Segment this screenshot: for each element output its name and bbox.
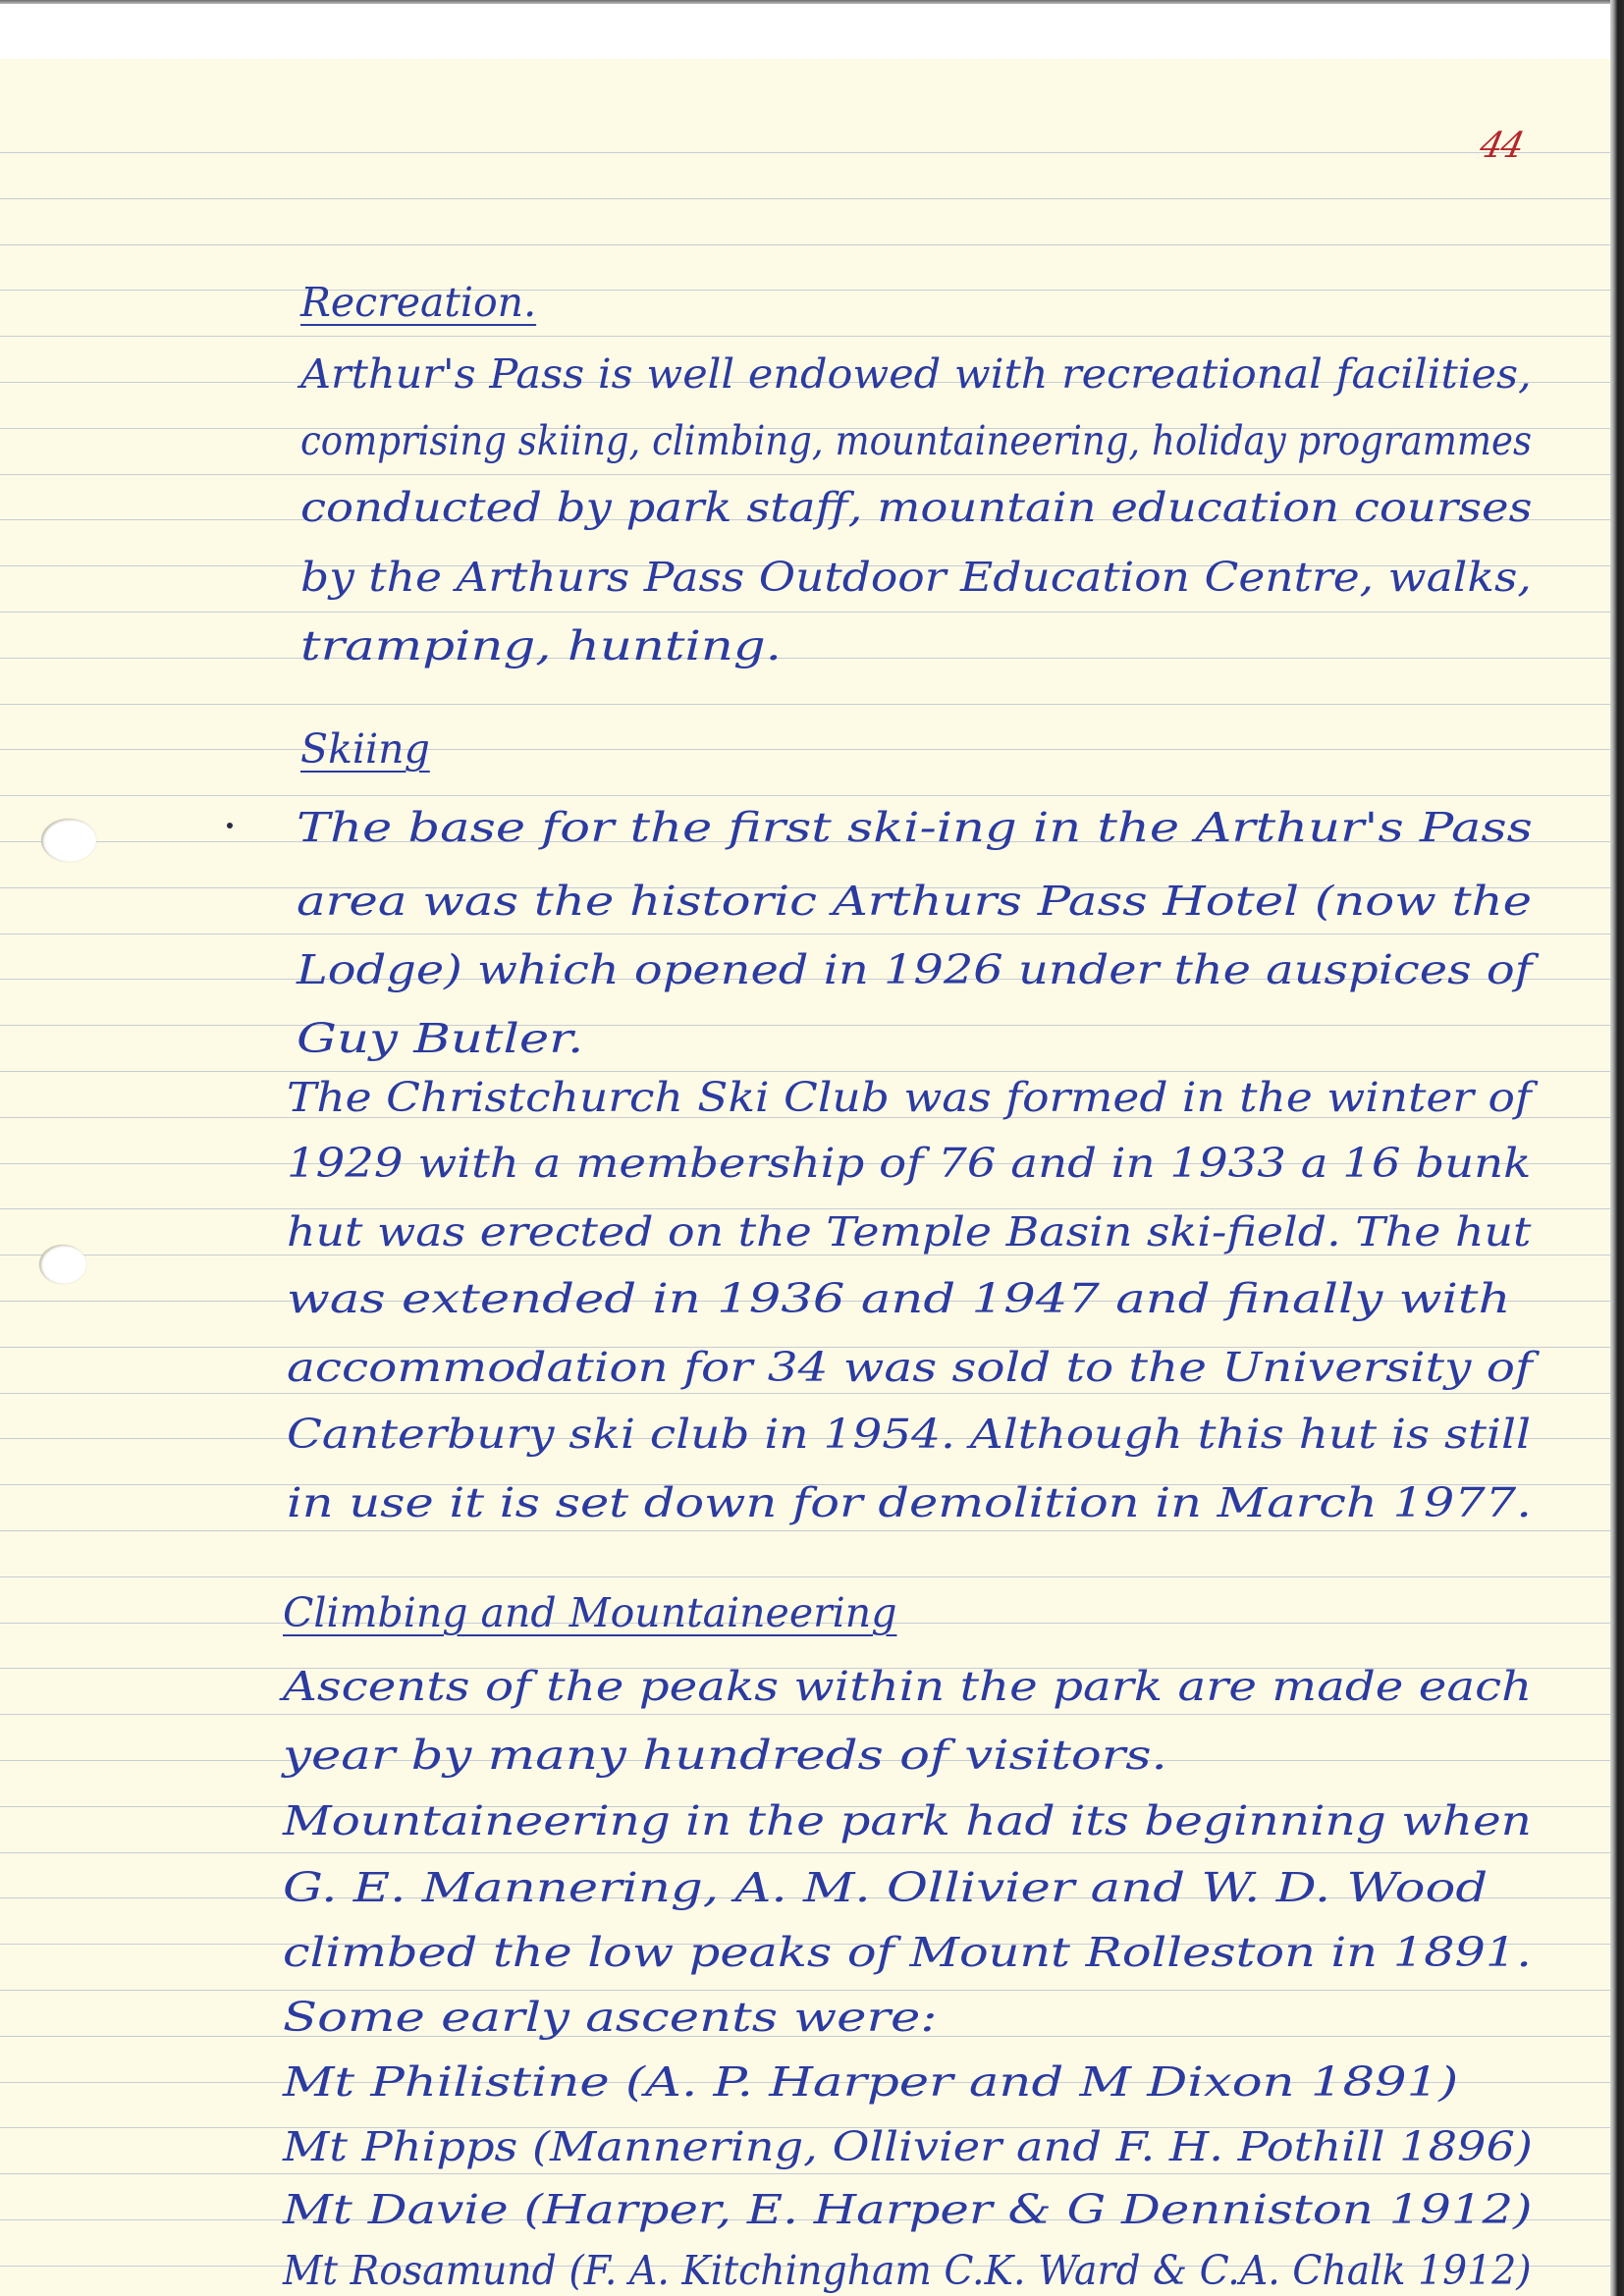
text-line: in use it is set down for demolition in … bbox=[287, 1480, 1532, 1526]
text-line: Arthur's Pass is well endowed with recre… bbox=[300, 351, 1532, 398]
section-heading-skiing: Skiing bbox=[300, 726, 430, 773]
ruling-line bbox=[0, 1714, 1610, 1715]
page-number: 44 bbox=[1477, 126, 1527, 166]
ink-dot bbox=[227, 823, 233, 828]
text-line: tramping, hunting. bbox=[300, 623, 782, 669]
ruling-line bbox=[0, 152, 1610, 153]
text-line: 1929 with a membership of 76 and in 1933… bbox=[287, 1141, 1531, 1187]
text-line: Guy Butler. bbox=[297, 1016, 583, 1062]
text-line: climbed the low peaks of Mount Rolleston… bbox=[283, 1930, 1532, 1976]
ascent-list-item: Mt Phipps (Mannering, Ollivier and F. H.… bbox=[283, 2124, 1533, 2170]
punch-hole-lower bbox=[39, 1245, 86, 1284]
ruling-line bbox=[0, 1852, 1610, 1853]
ruling-line bbox=[0, 704, 1610, 705]
text-line: G. E. Mannering, A. M. Ollivier and W. D… bbox=[283, 1865, 1488, 1911]
punch-hole-upper bbox=[41, 819, 96, 862]
text-line: hut was erected on the Temple Basin ski-… bbox=[287, 1209, 1531, 1255]
ruling-line bbox=[0, 290, 1610, 291]
ruling-line bbox=[0, 1393, 1610, 1394]
ruling-line bbox=[0, 1530, 1610, 1531]
ruling-line bbox=[0, 658, 1610, 659]
ruling-line bbox=[0, 198, 1610, 199]
section-heading-recreation: Recreation. bbox=[300, 280, 536, 326]
ruling-line bbox=[0, 1071, 1610, 1072]
section-heading-climbing-mountaineering: Climbing and Mountaineering bbox=[283, 1590, 896, 1636]
text-line: by the Arthurs Pass Outdoor Education Ce… bbox=[300, 555, 1532, 601]
text-line: area was the historic Arthurs Pass Hotel… bbox=[297, 879, 1532, 925]
text-line: year by many hundreds of visitors. bbox=[283, 1733, 1167, 1779]
ruling-line bbox=[0, 1025, 1610, 1026]
ruling-line bbox=[0, 795, 1610, 796]
ruling-line bbox=[0, 336, 1610, 337]
text-line: The base for the first ski-ing in the Ar… bbox=[297, 805, 1533, 851]
text-line: Mountaineering in the park had its begin… bbox=[283, 1798, 1532, 1844]
text-line: Lodge) which opened in 1926 under the au… bbox=[297, 947, 1532, 993]
ruling-line bbox=[0, 474, 1610, 475]
text-line: Canterbury ski club in 1954. Although th… bbox=[287, 1412, 1531, 1458]
ruling-line bbox=[0, 244, 1610, 245]
ascent-list-item: Mt Davie (Harper, E. Harper & G Dennisto… bbox=[283, 2187, 1533, 2233]
ruling-line bbox=[0, 2173, 1610, 2174]
ruling-line bbox=[0, 934, 1610, 934]
text-line: conducted by park staff, mountain educat… bbox=[300, 485, 1532, 531]
text-line: Some early ascents were: bbox=[283, 1995, 938, 2041]
ruling-line bbox=[0, 1576, 1610, 1577]
ascent-list-item: Mt Rosamund (F. A. Kitchingham C.K. Ward… bbox=[283, 2248, 1532, 2294]
text-line: was extended in 1936 and 1947 and finall… bbox=[287, 1276, 1511, 1322]
text-line: comprising skiing, climbing, mountaineer… bbox=[300, 418, 1532, 464]
text-line: The Christchurch Ski Club was formed in … bbox=[287, 1075, 1532, 1121]
ruling-line bbox=[0, 612, 1610, 613]
ascent-list-item: Mt Philistine (A. P. Harper and M Dixon … bbox=[283, 2059, 1458, 2106]
ruling-line bbox=[0, 749, 1610, 750]
scan-right-edge bbox=[1610, 0, 1624, 2296]
text-line: accommodation for 34 was sold to the Uni… bbox=[287, 1345, 1533, 1391]
text-line: Ascents of the peaks within the park are… bbox=[283, 1664, 1532, 1710]
ruling-line bbox=[0, 1990, 1610, 1991]
